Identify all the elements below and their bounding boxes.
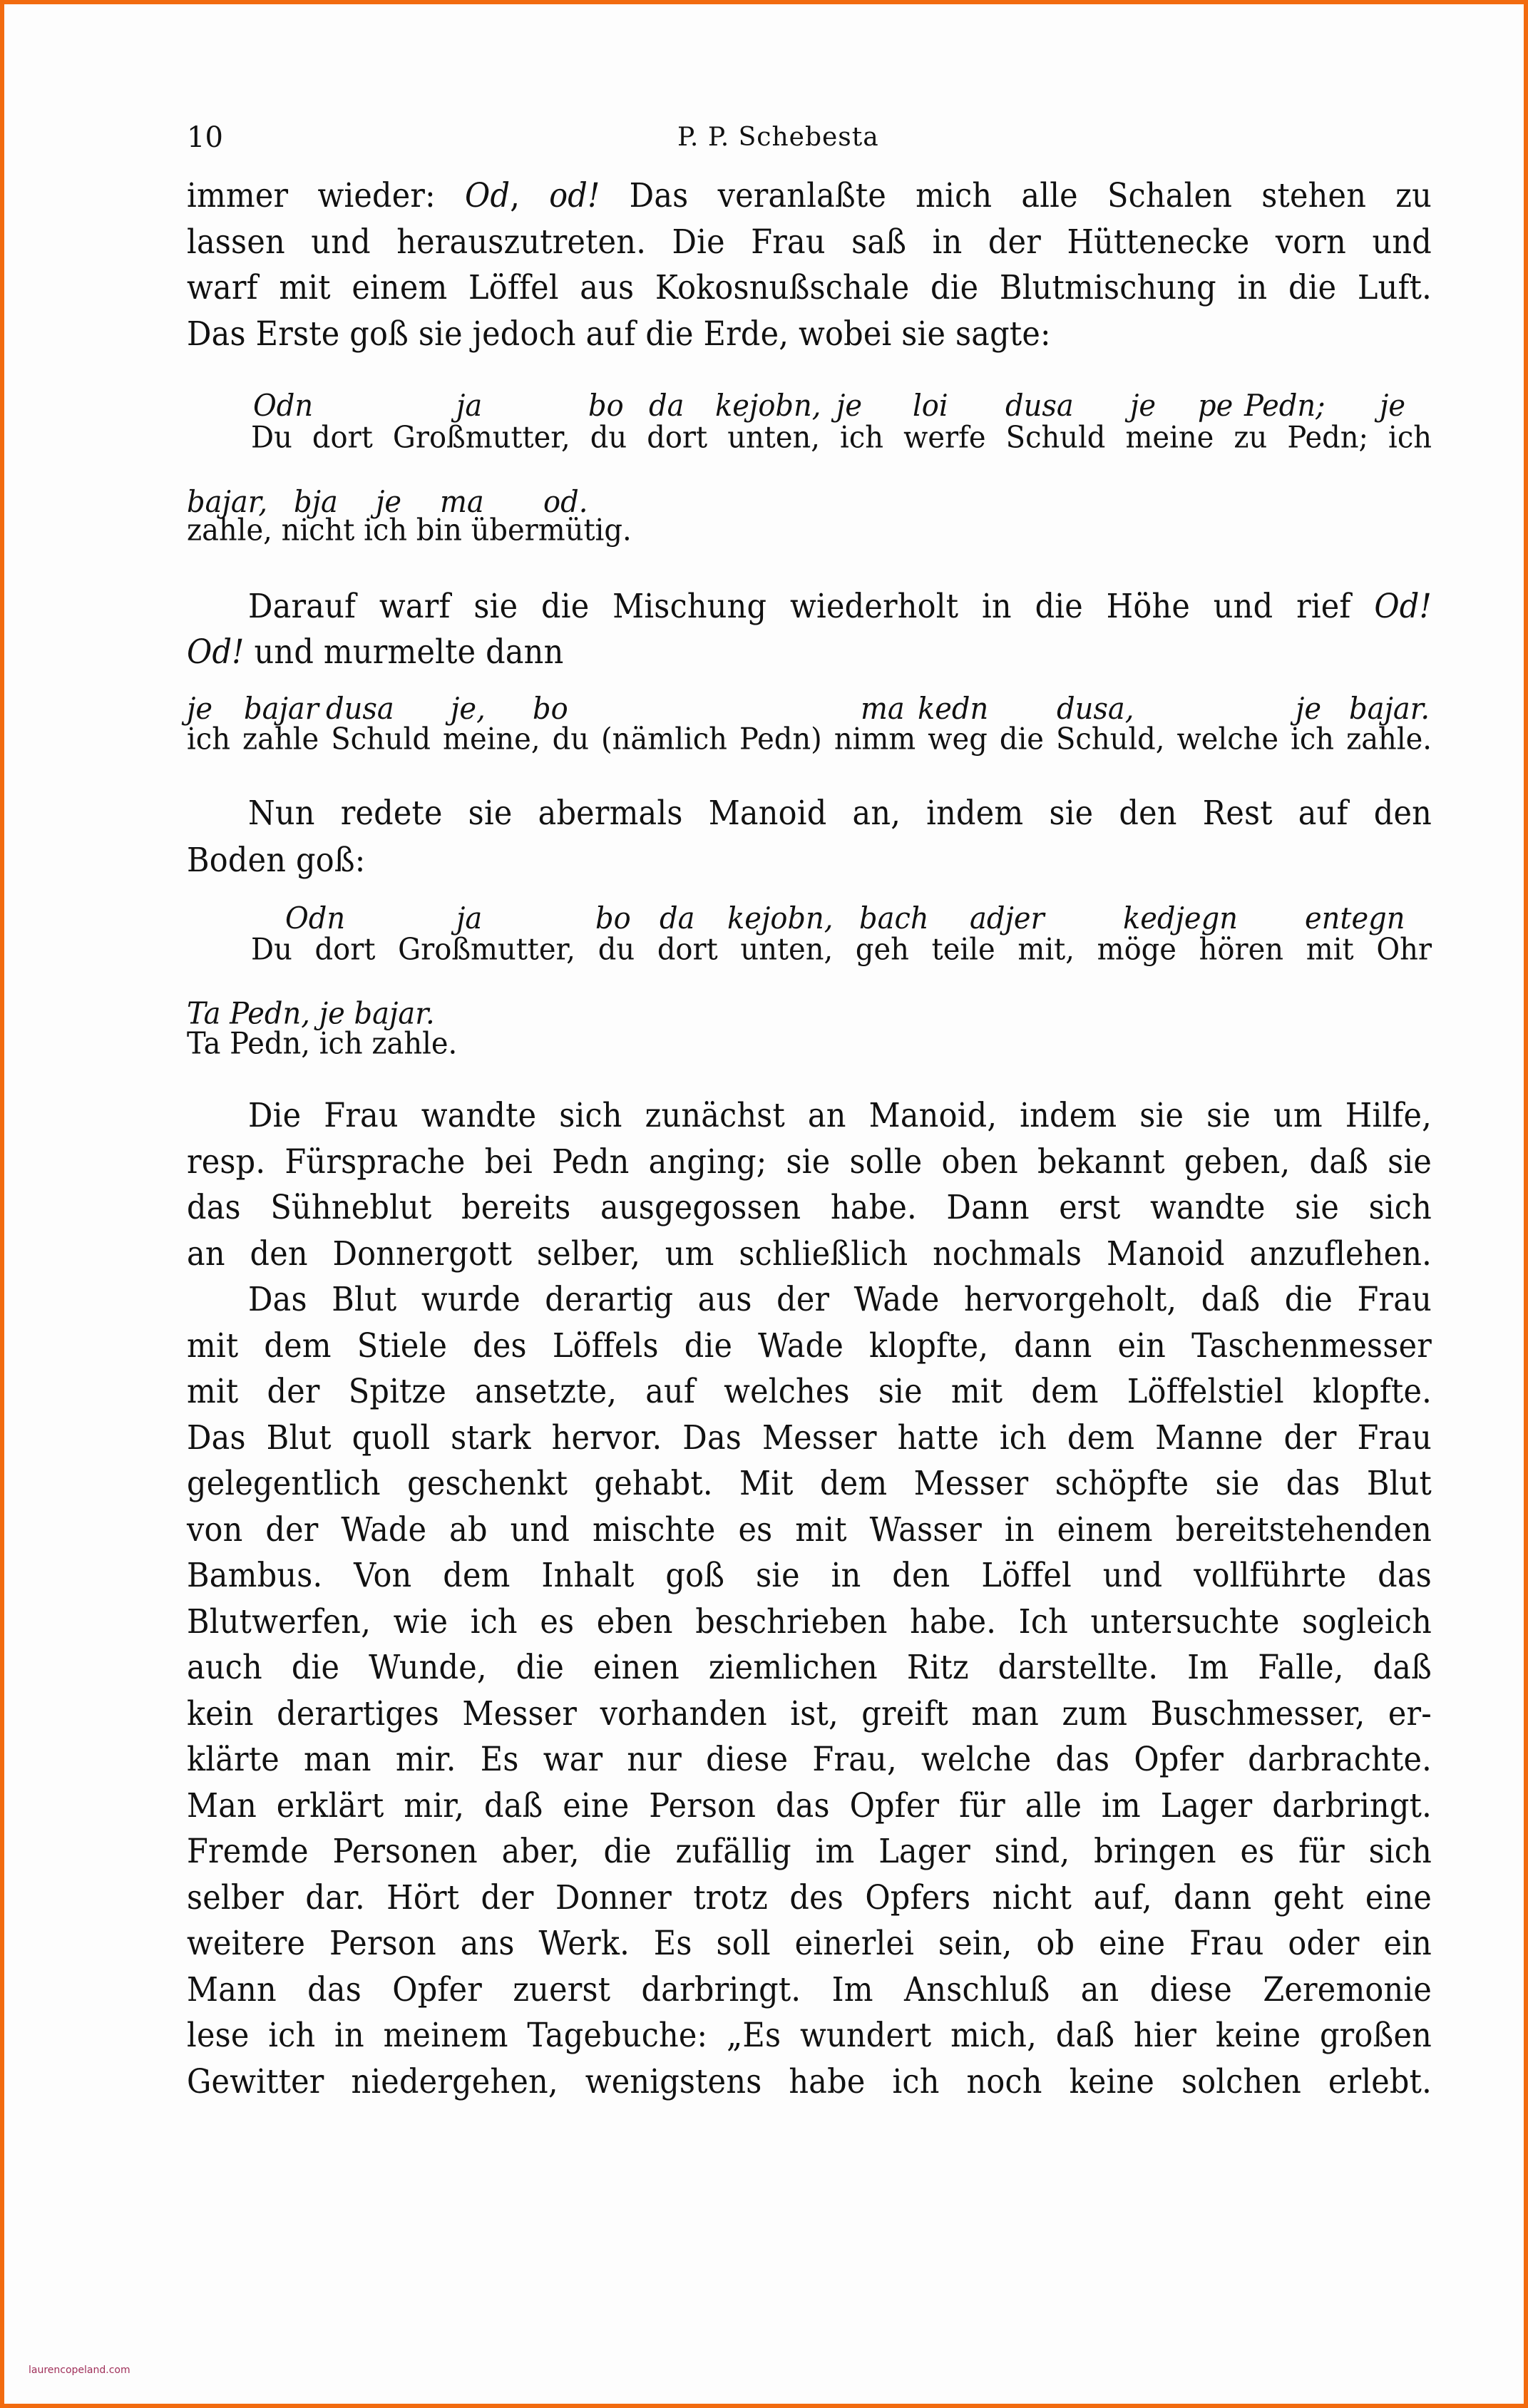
body-line: Man erklärt mir, daß eine Person das Opf… <box>187 1787 1432 1825</box>
source-word: Odn <box>285 901 345 936</box>
body-line: gelegentlich geschenkt gehabt. Mit dem M… <box>187 1465 1432 1503</box>
source-word: da <box>649 389 684 423</box>
source-word: dusa <box>1005 389 1074 423</box>
source-word: je <box>1130 389 1156 423</box>
body-line: immer wieder: Od, od! Das veranlaßte mic… <box>187 177 1432 215</box>
source-word: je <box>1296 692 1321 726</box>
body-line: mit dem Stiele des Löffels die Wade klop… <box>187 1327 1432 1366</box>
body-line: klärte man mir. Es war nur diese Frau, w… <box>187 1741 1432 1779</box>
source-word: ja <box>456 901 482 936</box>
body-line: weitere Person ans Werk. Es soll einerle… <box>187 1925 1432 1963</box>
body-line: Boden goß: <box>187 841 1432 880</box>
body-line: kein derartiges Messer vorhanden ist, gr… <box>187 1695 1432 1733</box>
body-line: Die Frau wandte sich zunächst an Manoid,… <box>248 1097 1432 1135</box>
source-word: kejobn, <box>727 901 833 936</box>
body-line: Das Blut wurde derartig aus der Wade her… <box>248 1281 1432 1319</box>
source-word: je, <box>451 692 486 726</box>
source-word: je <box>836 389 862 423</box>
source-word: bo <box>533 692 568 726</box>
body-line: Bambus. Von dem Inhalt goß sie in den Lö… <box>187 1557 1432 1595</box>
text-segment: Darauf warf sie die Mischung wiederholt … <box>248 588 1374 626</box>
source-word: bajar. <box>1349 692 1430 726</box>
body-line: Darauf warf sie die Mischung wiederholt … <box>248 588 1432 626</box>
source-word: dusa <box>326 692 394 726</box>
source-word: kejobn, <box>715 389 821 423</box>
text-segment: , <box>510 177 549 215</box>
source-word: je <box>1380 389 1405 423</box>
source-word: bo <box>588 389 624 423</box>
body-line: das Sühneblut bereits ausgegossen habe. … <box>187 1189 1432 1227</box>
source-word: loi <box>913 389 948 423</box>
body-line: lese ich in meinem Tagebuche: „Es wunder… <box>187 2017 1432 2055</box>
body-line: warf mit einem Löffel aus Kokosnußschale… <box>187 269 1432 307</box>
source-word: bajar <box>244 692 319 726</box>
italic-segment: Od! <box>1374 588 1432 626</box>
source-word: dusa, <box>1057 692 1134 726</box>
source-word: pe <box>1198 389 1233 423</box>
source-word: kedjegn <box>1123 901 1238 936</box>
body-line: an den Donnergott selber, um schließlich… <box>187 1235 1432 1274</box>
body-line: Od! und murmelte dann <box>187 633 1432 672</box>
source-word: ma <box>861 692 905 726</box>
body-line: Nun redete sie abermals Manoid an, indem… <box>248 794 1432 833</box>
italic-segment: od! <box>549 177 600 215</box>
body-line: Das Blut quoll stark hervor. Das Messer … <box>187 1419 1432 1457</box>
body-line: Blutwerfen, wie ich es eben beschrieben … <box>187 1603 1432 1641</box>
italic-segment: Od! <box>187 633 245 672</box>
source-word: kedn <box>918 692 988 726</box>
source-word: entegn <box>1305 901 1405 936</box>
source-word: adjer <box>970 901 1045 936</box>
body-line: Mann das Opfer zuerst darbringt. Im Ansc… <box>187 1971 1432 2009</box>
text-segment: und murmelte dann <box>245 633 564 672</box>
body-line: von der Wade ab und mischte es mit Wasse… <box>187 1511 1432 1549</box>
source-word: bach <box>859 901 929 936</box>
italic-segment: Od <box>465 177 510 215</box>
body-line: selber dar. Hört der Donner trotz des Op… <box>187 1879 1432 1917</box>
running-head: P. P. Schebesta <box>677 120 879 155</box>
interlinear-gloss-line: ich zahle Schuld meine, du (nämlich Pedn… <box>187 722 1432 757</box>
source-word: bo <box>595 901 631 936</box>
body-line: lassen und herauszutreten. Die Frau saß … <box>187 223 1432 262</box>
interlinear-gloss-line: Ta Pedn, ich zahle. <box>187 1027 457 1061</box>
body-line: Gewitter niedergehen, wenigstens habe ic… <box>187 2063 1432 2101</box>
source-word: Odn <box>253 389 313 423</box>
interlinear-gloss-line: Du dort Großmutter, du dort unten, ich w… <box>251 421 1432 455</box>
text-segment: Das veranlaßte mich alle Schalen stehen … <box>600 177 1432 215</box>
interlinear-gloss-line: Du dort Großmutter, du dort unten, geh t… <box>251 933 1432 967</box>
interlinear-gloss-line: zahle, nicht ich bin übermütig. <box>187 513 632 548</box>
body-line: Das Erste goß sie jedoch auf die Erde, w… <box>187 315 1432 354</box>
text-segment: immer wieder: <box>187 177 465 215</box>
source-word: Pedn; <box>1244 389 1326 423</box>
body-line: resp. Fürsprache bei Pedn anging; sie so… <box>187 1143 1432 1182</box>
source-word: ja <box>456 389 482 423</box>
body-line: auch die Wunde, die einen ziemlichen Rit… <box>187 1649 1432 1687</box>
body-line: Fremde Personen aber, die zufällig im La… <box>187 1833 1432 1871</box>
watermark-text: laurencopeland.com <box>29 2365 130 2376</box>
source-word: je <box>187 692 212 726</box>
source-word: da <box>660 901 694 936</box>
body-line: mit der Spitze ansetzte, auf welches sie… <box>187 1373 1432 1411</box>
page-number: 10 <box>187 120 223 155</box>
